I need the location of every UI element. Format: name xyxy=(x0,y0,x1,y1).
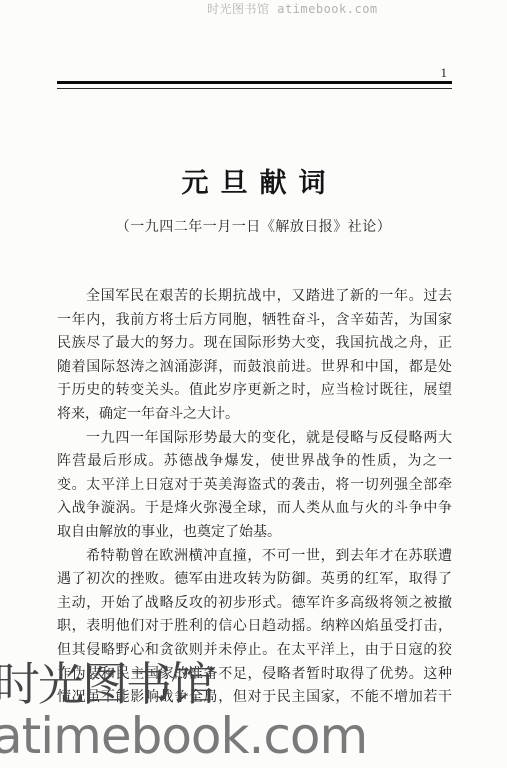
body-line: 民族尽了最大的努力。现在国际形势大变，我国抗战之舟，正 xyxy=(57,332,452,356)
body-line: 全国军民在艰苦的长期抗战中，又踏进了新的一年。过去 xyxy=(57,285,452,309)
body-line: 将来，确定一年奋斗之大计。 xyxy=(57,403,452,427)
body-line: 随着国际怒涛之汹涌澎湃，而鼓浪前进。世界和中国，都是处 xyxy=(57,356,452,380)
body-line: 一九四一年国际形势最大的变化，就是侵略与反侵略两大 xyxy=(57,427,452,451)
top-watermark: 时光图书馆 atimebook.com xyxy=(207,2,378,16)
document-page: 时光图书馆 atimebook.com 1 元旦献词 （一九四二年一月一日《解放… xyxy=(0,0,507,768)
body-line: 主动，开始了战略反攻的初步形式。德军许多高级将领之被撤 xyxy=(57,592,452,616)
page-subtitle: （一九四二年一月一日《解放日报》社论） xyxy=(0,216,507,236)
page-title: 元旦献词 xyxy=(0,161,507,200)
page-number: 1 xyxy=(441,65,448,81)
header-rule xyxy=(57,81,452,89)
body-line: 阵营最后形成。苏德战争爆发，使世界战争的性质，为之一 xyxy=(57,450,452,474)
body-line: 职，表明他们对于胜利的信心日趋动摇。纳粹凶焰虽受打击， xyxy=(57,615,452,639)
body-line: 遇了初次的挫败。德军由进攻转为防御。英勇的红军，取得了 xyxy=(57,568,452,592)
body-line: 希特勒曾在欧洲横冲直撞，不可一世，到去年才在苏联遭 xyxy=(57,545,452,569)
body-line: 取自由解放的事业，也奠定了始基。 xyxy=(57,521,452,545)
body-text: 全国军民在艰苦的长期抗战中，又踏进了新的一年。过去 一年内，我前方将士后方同胞，… xyxy=(57,285,452,710)
body-line: 于历史的转变关头。值此岁序更新之时，应当检讨既往，展望 xyxy=(57,379,452,403)
body-line: 入战争漩涡。于是烽火弥漫全球，而人类从血与火的斗争中争 xyxy=(57,497,452,521)
large-watermark-en: atimebook.com xyxy=(0,710,367,762)
body-line: 一年内，我前方将士后方同胞，牺牲奋斗，含辛茹苦，为国家 xyxy=(57,309,452,333)
body-line: 变。太平洋上日寇对于英美海盗式的袭击，将一切列强全部牵 xyxy=(57,474,452,498)
large-watermark-cn: 时光图书馆 xyxy=(0,660,214,708)
